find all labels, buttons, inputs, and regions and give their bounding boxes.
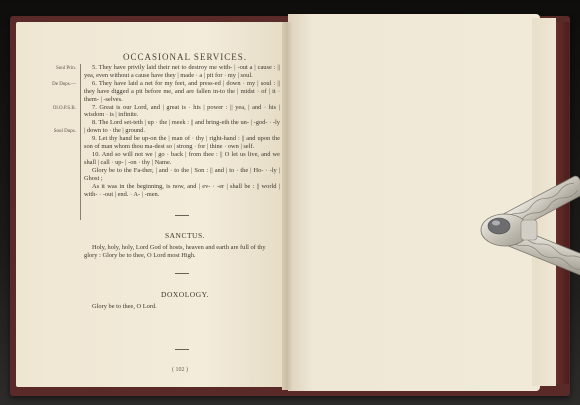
gloria-verse: As it was in the beginning, is now, and … [84, 183, 280, 199]
gloria-verse: Glory be to the Fa-ther, | and · to the … [84, 167, 280, 183]
section-title-doxology: DOXOLOGY. [120, 290, 250, 299]
verse: 7. Great is our Lord, and | great is · h… [84, 104, 280, 120]
margin-label: De Dups.— [18, 82, 76, 87]
running-head: OCCASIONAL SERVICES. [90, 52, 280, 62]
silver-clasp-icon [455, 170, 580, 290]
verse: 6. They have laid a net for my feet, and… [84, 80, 280, 104]
verse: 9. Let thy hand be up-on the | man of · … [84, 135, 280, 151]
verse: 8. The Lord set-teth | up · the | meek :… [84, 119, 280, 135]
margin-label: Soul Dups. [18, 129, 76, 134]
section-body-sanctus: Holy, holy, holy, Lord God of hosts, hea… [84, 244, 280, 260]
section-body-doxology: Glory be to thee, O Lord. [84, 303, 280, 311]
divider-rule [175, 349, 189, 350]
margin-label: Ol.O.P.S.B. [18, 106, 76, 111]
verse: 10. And so will not we | go · back | fro… [84, 151, 280, 167]
section-title-sanctus: SANCTUS. [120, 231, 250, 240]
verse: 5. They have privily laid their net to d… [84, 64, 280, 80]
margin-rule [80, 64, 81, 220]
psalm-verses: 5. They have privily laid their net to d… [84, 64, 280, 198]
divider-rule [175, 273, 189, 274]
divider-rule [175, 215, 189, 216]
book-gutter [282, 22, 292, 390]
margin-label: Soul Prin. [18, 66, 76, 71]
page-number: ( 102 ) [150, 367, 210, 373]
